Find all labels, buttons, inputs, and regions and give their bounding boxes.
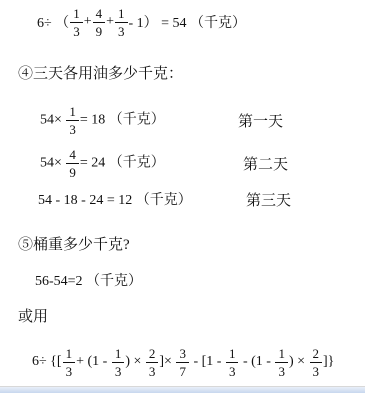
equation-day2: 54× 49= 24 （千克） 第二天 xyxy=(0,145,365,181)
worksheet-page: 6÷ （13+49+13- 1） = 54 （千克） ④三天各用油多少千克： 5… xyxy=(0,0,365,393)
formula-text: ) × xyxy=(289,354,309,370)
fraction: 49 xyxy=(66,147,79,180)
formula-text: 54× xyxy=(40,112,65,127)
formula-text: - (1 - xyxy=(239,354,274,370)
formula-text: - [1 - xyxy=(190,354,225,370)
equation-alternative-method: 6÷ {[13+ (1 - 13) × 23]× 37 - [1 - 13 - … xyxy=(0,342,365,382)
fraction: 13 xyxy=(226,346,239,379)
fraction: 13 xyxy=(115,6,128,39)
or-method-label: 或用 xyxy=(18,305,48,326)
fraction: 13 xyxy=(63,346,76,379)
fraction: 23 xyxy=(310,346,323,379)
formula-text: - 1） = 54 （千克） xyxy=(129,12,247,32)
formula-text: = 24 （千克） xyxy=(80,155,165,170)
formula-text: ]× xyxy=(159,354,175,370)
day3-label: 第三天 xyxy=(246,189,291,210)
formula-text: 6÷ {[ xyxy=(32,354,62,370)
section4-heading: ④三天各用油多少千克： xyxy=(18,62,183,83)
fraction: 13 xyxy=(66,104,79,137)
formula-text: + xyxy=(84,14,92,30)
fraction: 13 xyxy=(275,346,288,379)
formula-text: = 18 （千克） xyxy=(80,112,165,127)
fraction: 49 xyxy=(93,6,106,39)
fraction: 23 xyxy=(146,346,159,379)
equation-bucket-weight: 56-54=2 （千克） xyxy=(35,270,142,290)
equation-total-oil: 6÷ （13+49+13- 1） = 54 （千克） xyxy=(0,3,365,41)
fraction: 37 xyxy=(176,346,189,379)
formula-text: + xyxy=(106,14,114,30)
formula-text: ]} xyxy=(323,354,334,370)
equation-day1: 54× 13= 18 （千克） 第一天 xyxy=(0,102,365,138)
formula-text: 54× xyxy=(40,155,65,170)
day2-label: 第二天 xyxy=(243,153,288,174)
equation-day3: 54 - 18 - 24 = 12 （千克） 第三天 xyxy=(0,188,365,210)
equation-day2-formula: 54× 49= 24 （千克） xyxy=(40,147,165,180)
formula-text: ) × xyxy=(125,354,145,370)
fraction: 13 xyxy=(70,6,83,39)
fraction: 13 xyxy=(112,346,125,379)
equation-day3-formula: 54 - 18 - 24 = 12 （千克） xyxy=(38,189,192,209)
formula-text: 54 - 18 - 24 = 12 （千克） xyxy=(38,193,192,208)
formula-text: + (1 - xyxy=(76,354,111,370)
horizontal-scrollbar[interactable] xyxy=(0,386,365,393)
section5-heading: ⑤桶重多少千克? xyxy=(18,233,130,254)
equation-day1-formula: 54× 13= 18 （千克） xyxy=(40,104,165,137)
day1-label: 第一天 xyxy=(238,110,283,131)
formula-text: 6÷ （ xyxy=(37,12,69,32)
